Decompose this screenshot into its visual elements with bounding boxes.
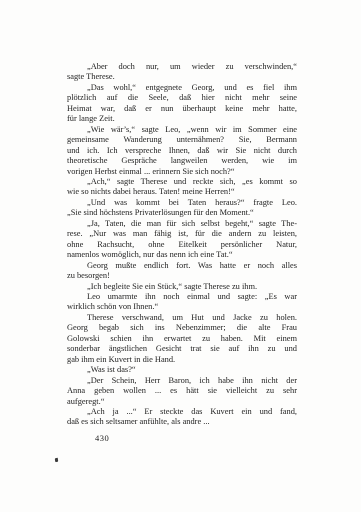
text-line: daß es sich seltsamer anfühlte, als andr… (67, 417, 297, 427)
text-line: aufgeregt.“ (67, 397, 297, 407)
text-line: „Ach,“ sagte Therese und reckte sich, „e… (67, 177, 297, 187)
text-line: Heimat war, daß er nun überhaupt keine m… (67, 104, 297, 114)
text-line: Golowski schien ihn erwartet zu haben. M… (67, 334, 297, 344)
text-line: wie so nichts dabei heraus. Taten! meine… (67, 187, 297, 197)
text-line: Therese verschwand, um Hut und Jacke zu … (67, 313, 297, 323)
text-line: „Ja, Taten, die man für sich selbst bege… (67, 219, 297, 229)
text-line: „Sie sind höchstens Privaterlösungen für… (67, 208, 297, 218)
text-line: „Was ist das?“ (67, 365, 297, 375)
text-line: gab ihm ein Kuvert in die Hand. (67, 355, 297, 365)
text-line: und ich. Ich verspreche Ihnen, daß wir S… (67, 146, 297, 156)
text-line: plötzlich auf die Seele, daß hier nicht … (67, 93, 297, 103)
text-line: „Aber doch nur, um wieder zu verschwinde… (67, 62, 297, 72)
text-line: Anna geben wollen ... es hätt sie vielle… (67, 386, 297, 396)
text-line: sagte Therese. (67, 72, 297, 82)
ink-mark (55, 458, 59, 462)
text-line: rese. „Nur was man fähig ist, für die an… (67, 229, 297, 239)
text-line: sonderbar ängstlichen Gesicht trat sie a… (67, 344, 297, 354)
text-line: vorigen Herbst einmal ... erinnern Sie s… (67, 167, 297, 177)
text-line: „Und was kommt bei Taten heraus?“ fragte… (67, 198, 297, 208)
text-line: gemeinsame Wanderung unternähmen? Sie, B… (67, 135, 297, 145)
text-line: wirklich schön von Ihnen.“ (67, 302, 297, 312)
text-line: „Ich begleite Sie ein Stück,“ sagte Ther… (67, 282, 297, 292)
book-page: „Aber doch nur, um wieder zu verschwinde… (0, 0, 361, 512)
text-line: „Der Schein, Herr Baron, ich habe ihn ni… (67, 376, 297, 386)
text-line: namenlos womöglich, nur das nenn ich ein… (67, 250, 297, 260)
page-number: 430 (95, 433, 109, 443)
text-line: theoretische Gespräche langweilen werden… (67, 156, 297, 166)
text-line: „Das wohl,“ entgegnete Georg, und es fie… (67, 83, 297, 93)
text-line: zu besorgen! (67, 271, 297, 281)
text-line: ohne Rachsucht, ohne Eitelkeit persönlic… (67, 240, 297, 250)
text-line: Leo umarmte ihn noch einmal und sagte: „… (67, 292, 297, 302)
text-line: Georg mußte endlich fort. Was hatte er n… (67, 261, 297, 271)
text-line: Georg begab sich ins Nebenzimmer; die al… (67, 323, 297, 333)
text-block: „Aber doch nur, um wieder zu verschwinde… (67, 62, 297, 428)
text-line: „Wie wär’s,“ sagte Leo, „wenn wir im Som… (67, 125, 297, 135)
text-line: für lange Zeit. (67, 114, 297, 124)
text-line: „Ach ja ...“ Er steckte das Kuvert ein u… (67, 407, 297, 417)
